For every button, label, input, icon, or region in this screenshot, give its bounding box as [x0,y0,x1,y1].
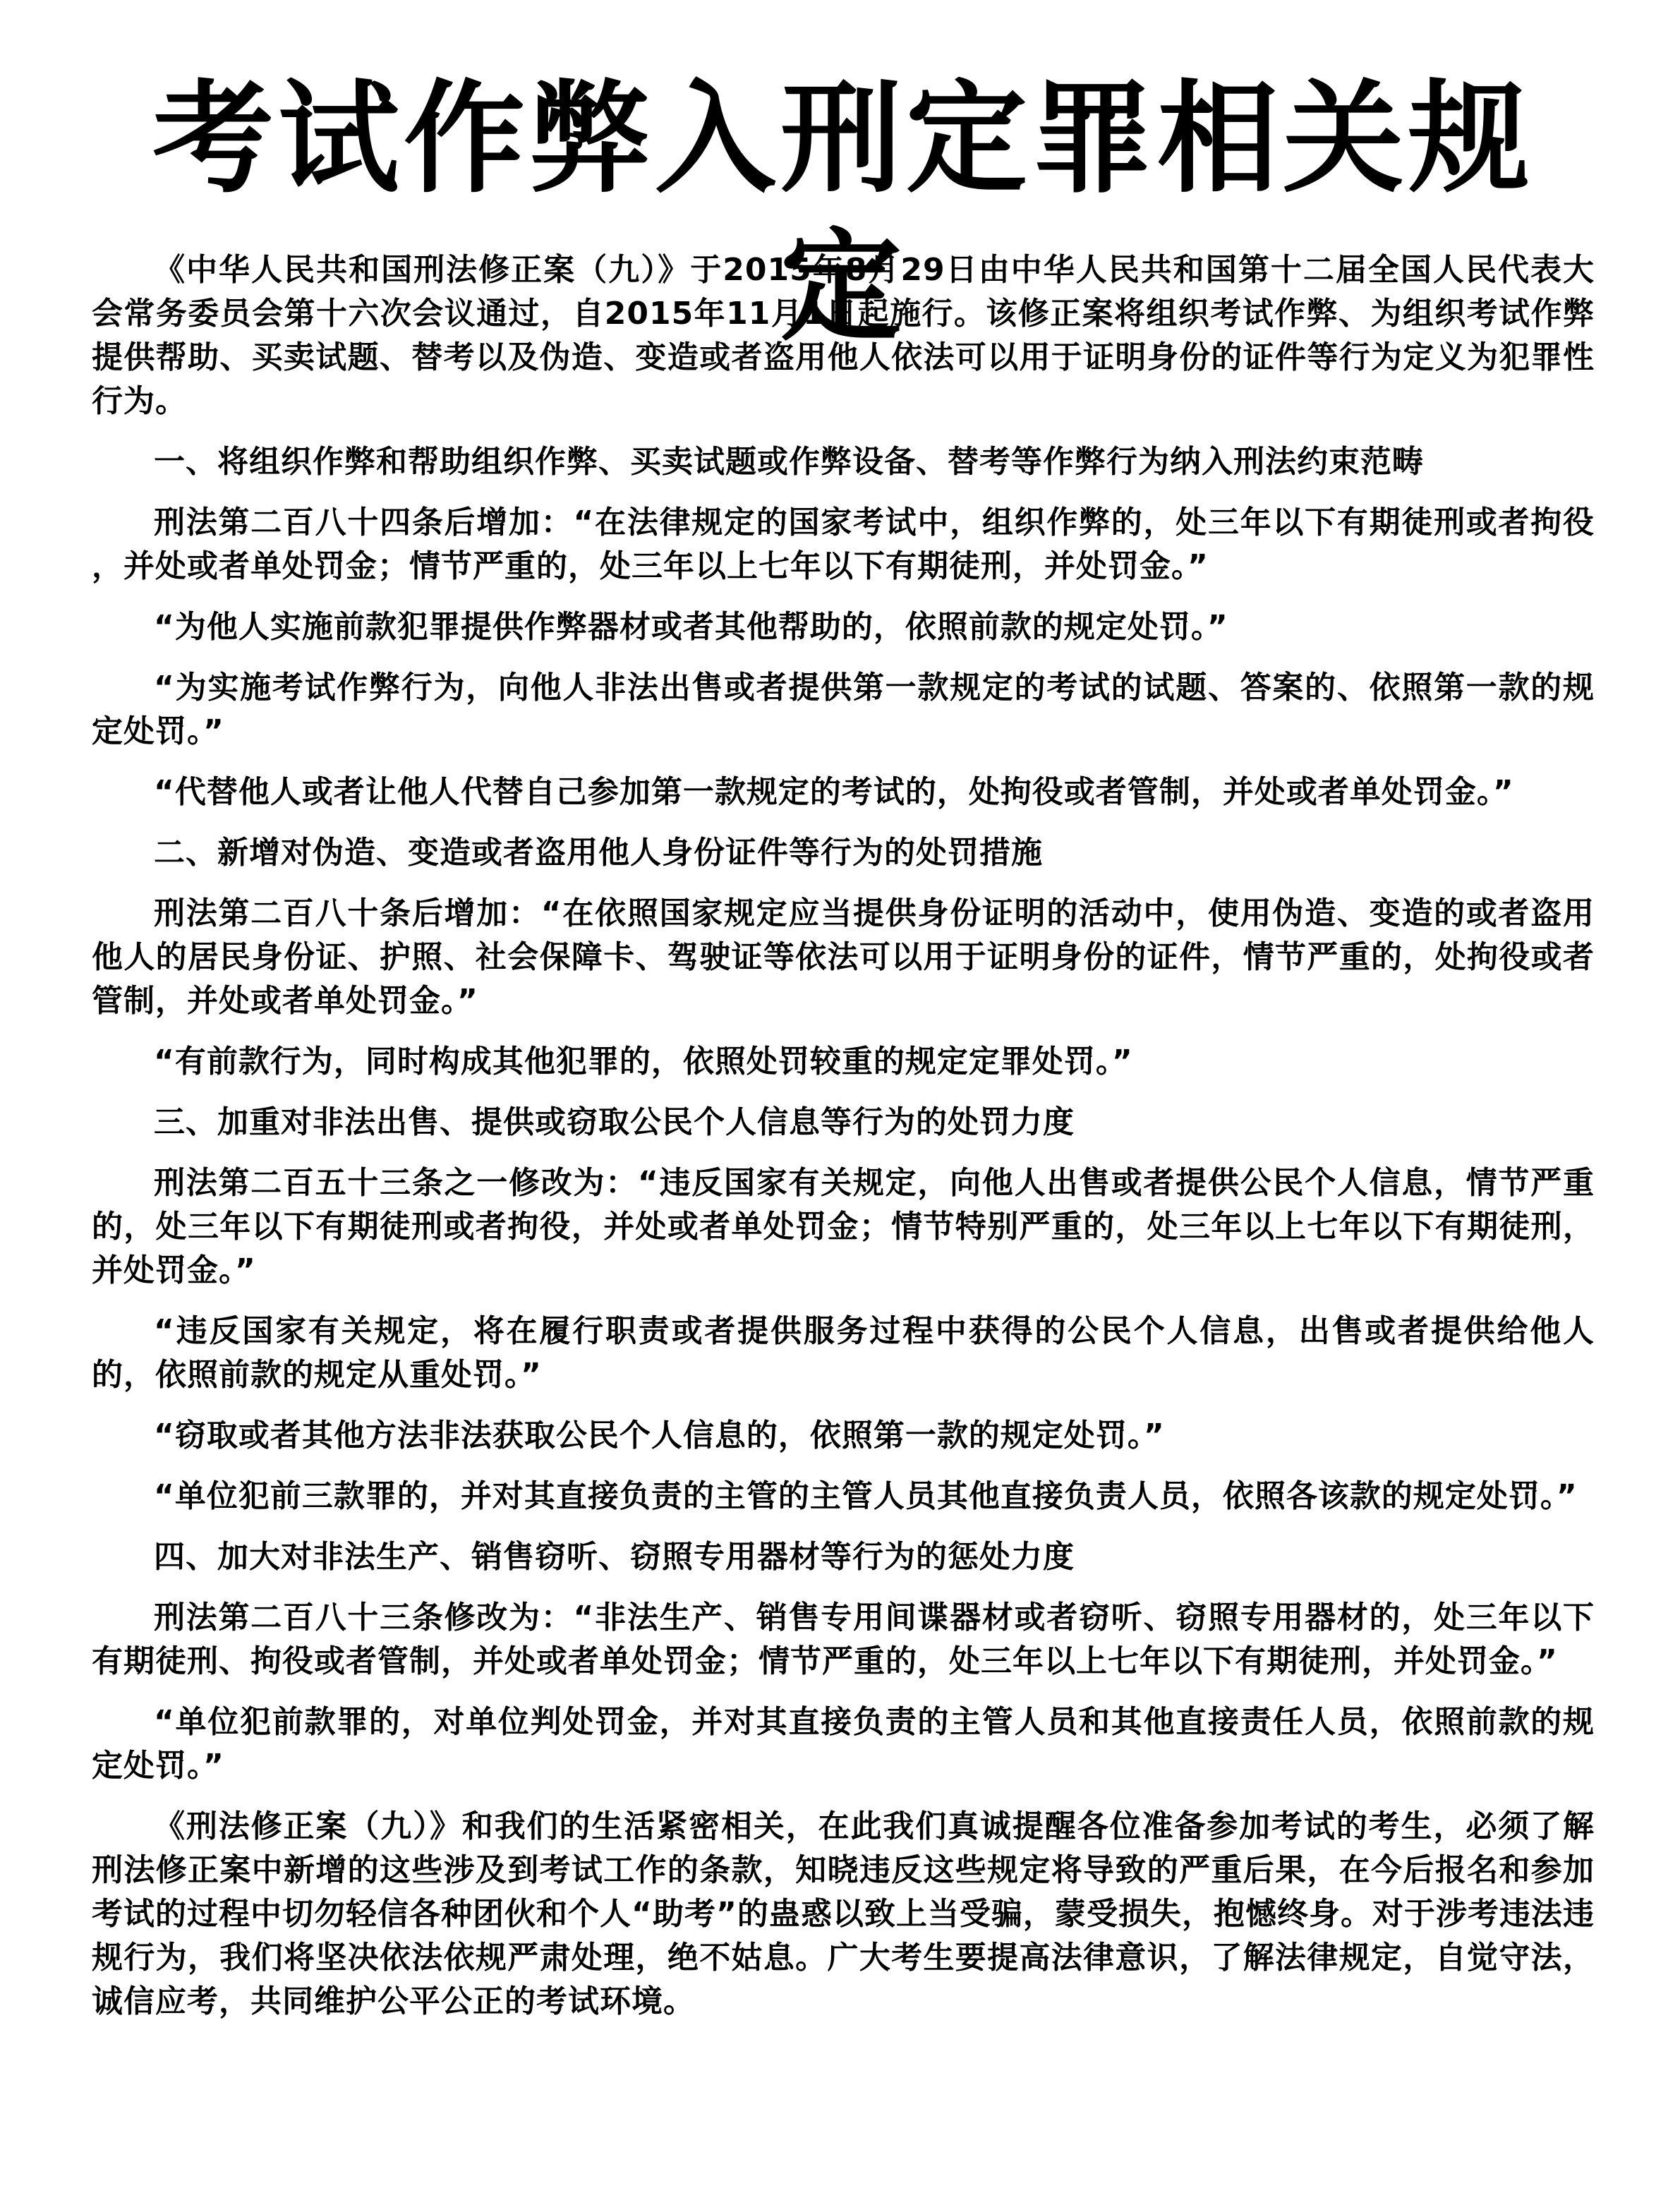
article-253-paragraph: 刑法第二百五十三条之一修改为：“违反国家有关规定，向他人出售或者提供公民个人信息… [92,1161,1595,1293]
section-heading-1: 一、将组织作弊和帮助组织作弊、买卖试题或作弊设备、替考等作弊行为纳入刑法约束范畴 [92,440,1595,484]
article-253-clause-3: “窃取或者其他方法非法获取公民个人信息的，依照第一款的规定处罚。” [92,1414,1595,1458]
article-284-paragraph: 刑法第二百八十四条后增加：“在法律规定的国家考试中，组织作弊的，处三年以下有期徒… [92,501,1595,588]
article-284-clause-3: “为实施考试作弊行为，向他人非法出售或者提供第一款规定的考试的试题、答案的、依照… [92,666,1595,754]
document-body: 《中华人民共和国刑法修正案（九）》于2015年8月29日由中华人民共和国第十二届… [92,248,1595,2024]
article-253-clause-2: “违反国家有关规定，将在履行职责或者提供服务过程中获得的公民个人信息，出售或者提… [92,1310,1595,1397]
article-283-paragraph: 刑法第二百八十三条修改为：“非法生产、销售专用间谍器材或者窃听、窃照专用器材的，… [92,1596,1595,1684]
article-253-clause-4: “单位犯前三款罪的，并对其直接负责的主管的主管人员其他直接负责人员，依照各该款的… [92,1475,1595,1518]
article-283-clause-2: “单位犯前款罪的，对单位判处罚金，并对其直接负责的主管人员和其他直接责任人员，依… [92,1700,1595,1788]
article-280-paragraph: 刑法第二百八十条后增加：“在依照国家规定应当提供身份证明的活动中，使用伪造、变造… [92,892,1595,1023]
section-heading-3: 三、加重对非法出售、提供或窃取公民个人信息等行为的处罚力度 [92,1101,1595,1144]
document-page: 考试作弊入刑定罪相关规定 《中华人民共和国刑法修正案（九）》于2015年8月29… [92,0,1595,2041]
document-title: 考试作弊入刑定罪相关规定 [92,0,1595,213]
article-284-clause-4: “代替他人或者让他人代替自己参加第一款规定的考试的，处拘役或者管制，并处或者单处… [92,770,1595,814]
intro-paragraph: 《中华人民共和国刑法修正案（九）》于2015年8月29日由中华人民共和国第十二届… [92,248,1595,423]
article-280-clause-2: “有前款行为，同时构成其他犯罪的，依照处罚较重的规定定罪处罚。” [92,1040,1595,1084]
section-heading-2: 二、新增对伪造、变造或者盗用他人身份证件等行为的处罚措施 [92,831,1595,875]
closing-paragraph: 《刑法修正案（九）》和我们的生活紧密相关，在此我们真诚提醒各位准备参加考试的考生… [92,1805,1595,2024]
article-284-clause-2: “为他人实施前款犯罪提供作弊器材或者其他帮助的，依照前款的规定处罚。” [92,605,1595,649]
section-heading-4: 四、加大对非法生产、销售窃听、窃照专用器材等行为的惩处力度 [92,1535,1595,1579]
